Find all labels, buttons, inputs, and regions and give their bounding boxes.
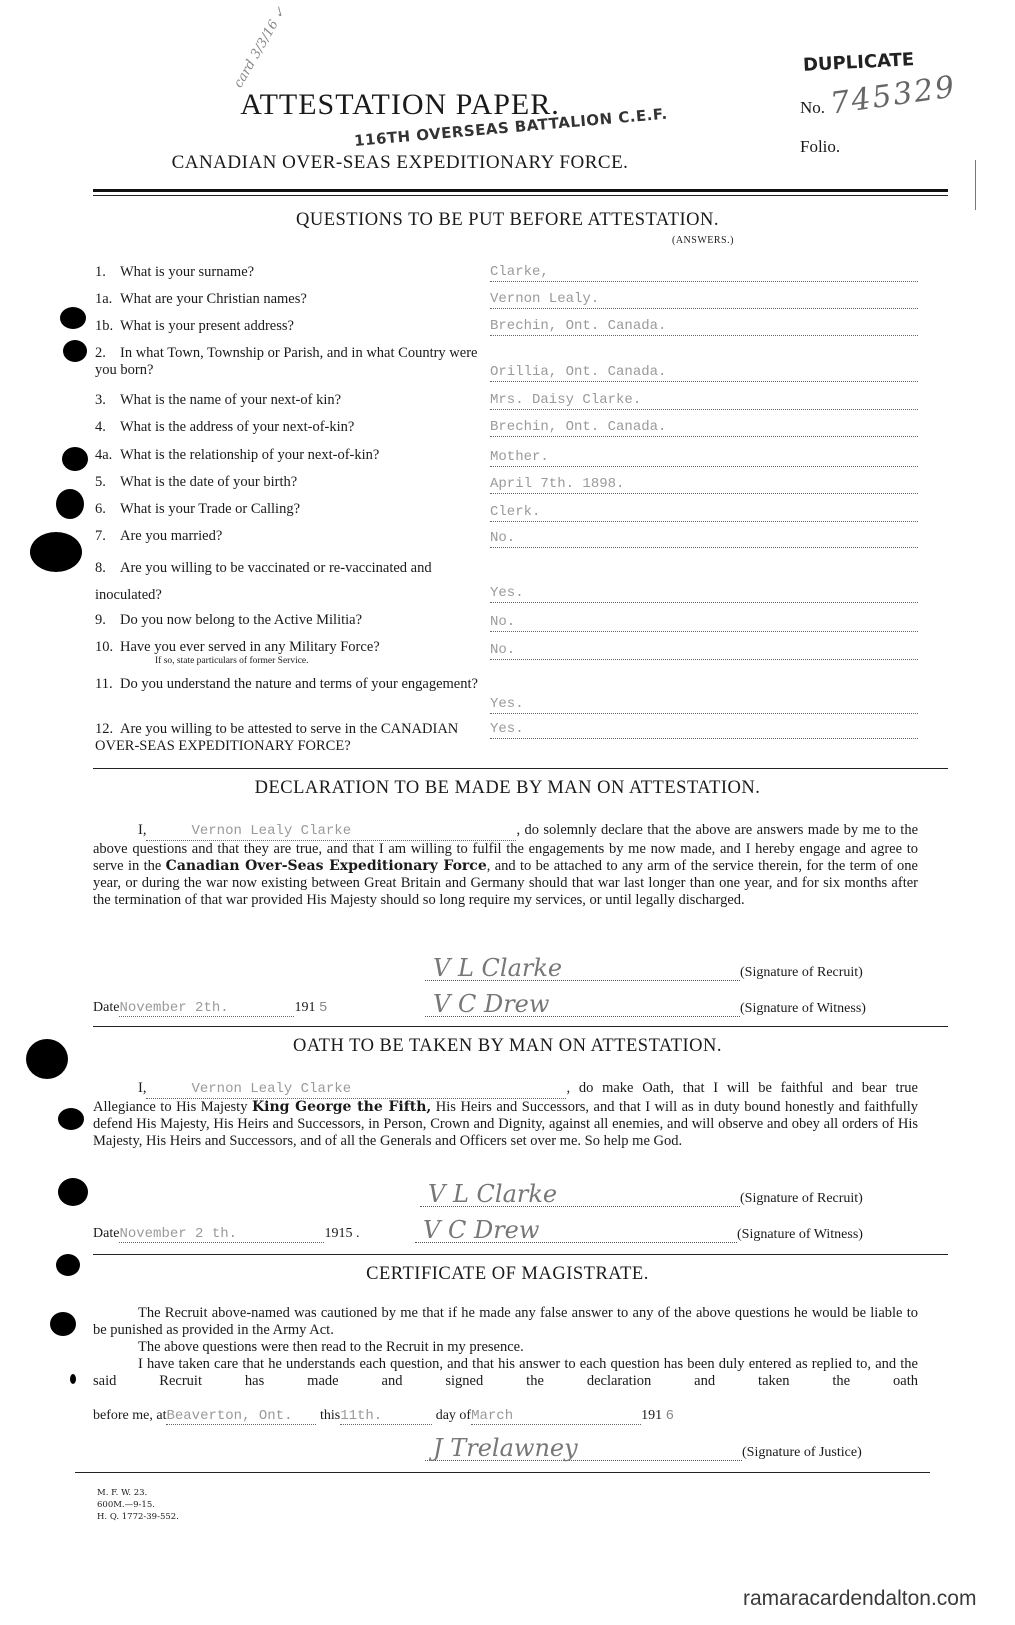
punch-hole xyxy=(70,1374,76,1384)
footer-divider xyxy=(75,1472,930,1473)
answer-6-trade: Clerk. xyxy=(490,504,918,522)
answers-column-label: (ANSWERS.) xyxy=(672,235,734,246)
answer-1-surname: Clarke, xyxy=(490,264,918,282)
answer-1b-address: Brechin, Ont. Canada. xyxy=(490,318,918,336)
recruit-signature: V L Clarke xyxy=(433,954,562,982)
certificate-para-1: The Recruit above-named was cautioned by… xyxy=(93,1305,918,1339)
declaration-date-field: November 2th. xyxy=(119,1000,294,1017)
form-code: M. F. W. 23. 600M.—9-15. H. Q. 1772-39-5… xyxy=(97,1487,179,1523)
oath-date-field: November 2 th. xyxy=(119,1226,324,1243)
answer-5-birth-date: April 7th. 1898. xyxy=(490,476,918,494)
question-2: 2.In what Town, Township or Parish, and … xyxy=(95,345,480,379)
question-7: 7.Are you married? xyxy=(95,528,480,545)
certificate-place-date-line: before me, atBeaverton, Ont. this11th. d… xyxy=(93,1408,918,1425)
question-1a: 1a.What are your Christian names? xyxy=(95,291,480,308)
answer-4-kin-address: Brechin, Ont. Canada. xyxy=(490,419,918,437)
punch-hole xyxy=(58,1178,88,1206)
answer-10-military-service: No. xyxy=(490,642,918,660)
answer-9-militia: No. xyxy=(490,614,918,632)
header-divider xyxy=(93,189,948,192)
declaration-witness-signature-line: V C Drew(Signature of Witness) xyxy=(425,1000,866,1017)
magistrate-month-field: March xyxy=(471,1408,641,1425)
question-4a: 4a.What is the relationship of your next… xyxy=(95,447,480,464)
witness-signature: V C Drew xyxy=(433,990,549,1018)
duplicate-stamp: DUPLICATE xyxy=(803,49,915,76)
answer-12-willing-to-serve: Yes. xyxy=(490,721,918,739)
punch-hole xyxy=(30,532,82,572)
handwritten-corner-note: card 3/3/16 ✓ xyxy=(231,5,289,91)
section-divider xyxy=(93,1254,948,1255)
answer-8-vaccinated: Yes. xyxy=(490,585,918,603)
questions-heading: QUESTIONS TO BE PUT BEFORE ATTESTATION. xyxy=(0,210,1015,231)
question-5: 5.What is the date of your birth? xyxy=(95,474,480,491)
recruit-signature: V L Clarke xyxy=(428,1180,557,1208)
website-watermark: ramaracardendalton.com xyxy=(743,1587,976,1611)
declaration-heading: DECLARATION TO BE MADE BY MAN ON ATTESTA… xyxy=(0,778,1015,799)
answer-1a-christian-names: Vernon Lealy. xyxy=(490,291,918,309)
magistrate-place-field: Beaverton, Ont. xyxy=(166,1408,316,1425)
answer-7-married: No. xyxy=(490,530,918,548)
punch-hole xyxy=(63,340,87,362)
punch-hole xyxy=(50,1312,76,1336)
punch-hole xyxy=(58,1108,84,1130)
justice-signature: J Trelawney xyxy=(433,1434,578,1462)
folio-label: Folio. xyxy=(800,137,840,157)
question-12: 12.Are you willing to be attested to ser… xyxy=(95,721,480,755)
certificate-para-2: The above questions were then read to th… xyxy=(93,1339,918,1356)
declaration-name-field: Vernon Lealy Clarke xyxy=(146,823,516,841)
document-title: ATTESTATION PAPER. xyxy=(0,88,800,122)
punch-hole xyxy=(60,307,86,329)
answer-2-birthplace: Orillia, Ont. Canada. xyxy=(490,364,918,382)
declaration-text: I,Vernon Lealy Clarke, do solemnly decla… xyxy=(93,822,918,909)
question-11: 11.Do you understand the nature and term… xyxy=(95,676,480,693)
punch-hole xyxy=(56,489,84,519)
oath-witness-signature-line: V C Drew(Signature of Witness) xyxy=(415,1226,863,1243)
answer-11-understand-terms: Yes. xyxy=(490,696,918,714)
answer-3-next-of-kin: Mrs. Daisy Clarke. xyxy=(490,392,918,410)
question-8: 8.Are you willing to be vaccinated or re… xyxy=(95,555,480,609)
justice-signature-line: J Trelawney(Signature of Justice) xyxy=(425,1444,862,1461)
answer-4a-relationship: Mother. xyxy=(490,449,918,467)
section-divider xyxy=(93,768,948,769)
margin-mark xyxy=(975,160,976,210)
document-subtitle: CANADIAN OVER-SEAS EXPEDITIONARY FORCE. xyxy=(0,152,800,174)
question-10: 10.Have you ever served in any Military … xyxy=(95,639,480,667)
oath-recruit-signature-line: V L Clarke(Signature of Recruit) xyxy=(420,1190,863,1207)
question-1b: 1b.What is your present address? xyxy=(95,318,480,335)
question-9: 9.Do you now belong to the Active Militi… xyxy=(95,612,480,629)
oath-name-field: Vernon Lealy Clarke xyxy=(146,1081,566,1099)
regimental-number-label: No. xyxy=(800,98,825,118)
declaration-recruit-signature-line: V L Clarke(Signature of Recruit) xyxy=(425,964,863,981)
oath-date-line: DateNovember 2 th.1915 . xyxy=(93,1226,359,1243)
oath-heading: OATH TO BE TAKEN BY MAN ON ATTESTATION. xyxy=(0,1036,1015,1057)
magistrate-day-field: 11th. xyxy=(340,1408,432,1425)
header-divider-thin xyxy=(93,195,948,196)
certificate-para-3: I have taken care that he understands ea… xyxy=(93,1356,918,1390)
question-6: 6.What is your Trade or Calling? xyxy=(95,501,480,518)
declaration-date-line: DateNovember 2th.191 5 xyxy=(93,1000,327,1017)
oath-text: I,Vernon Lealy Clarke, do make Oath, tha… xyxy=(93,1080,918,1150)
witness-signature: V C Drew xyxy=(423,1216,539,1244)
certificate-heading: CERTIFICATE OF MAGISTRATE. xyxy=(0,1264,1015,1285)
question-1: 1.What is your surname? xyxy=(95,264,480,281)
question-3: 3.What is the name of your next-of kin? xyxy=(95,392,480,409)
regimental-number-value: 745329 xyxy=(828,69,958,121)
punch-hole xyxy=(62,447,88,471)
question-4: 4.What is the address of your next-of-ki… xyxy=(95,419,480,436)
section-divider xyxy=(93,1026,948,1027)
